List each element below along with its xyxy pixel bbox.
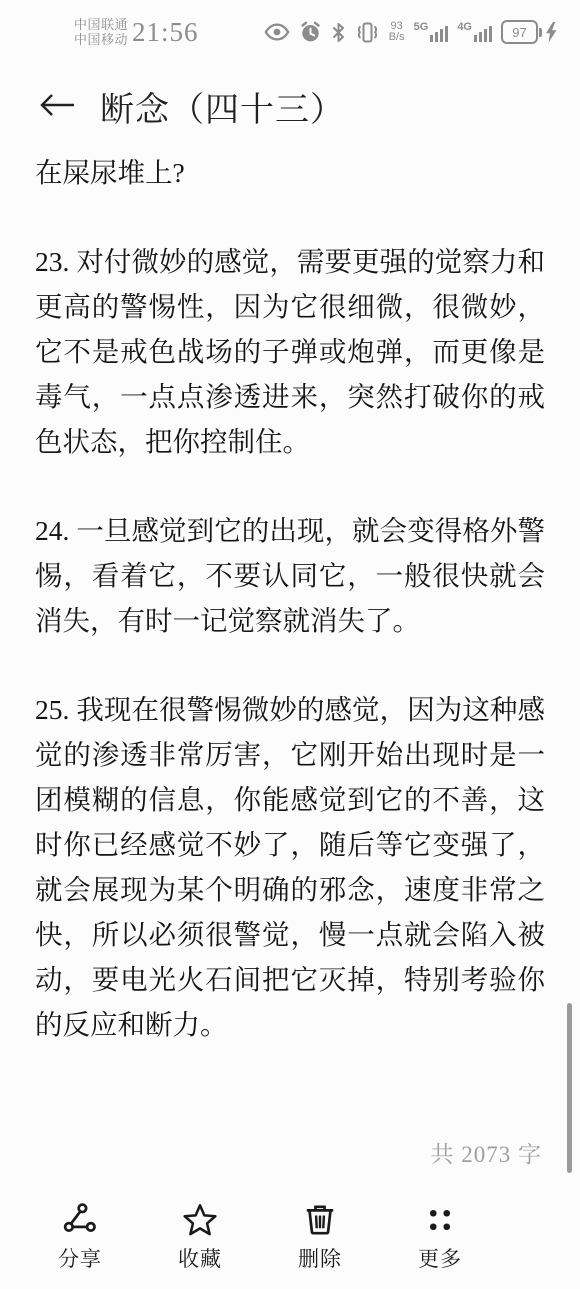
vibrate-icon (355, 22, 380, 43)
phone-screen: 中国联通 中国移动 21:56 (0, 0, 580, 1289)
delete-button[interactable]: 删除 (260, 1202, 380, 1273)
note-paragraph: 23. 对付微妙的感觉，需要更强的觉察力和更高的警惕性，因为它很细微，很微妙，它… (35, 239, 545, 464)
alarm-icon (299, 21, 322, 43)
sim2-signal: 4G (457, 22, 492, 42)
charging-bolt-icon (545, 22, 558, 43)
battery-icon: 97 (501, 20, 558, 44)
sim1-network-label: 5G (414, 22, 429, 33)
battery-percent: 97 (501, 20, 538, 44)
more-label: 更多 (418, 1243, 462, 1273)
favorite-button[interactable]: 收藏 (140, 1202, 260, 1273)
page-title: 断念（四十三） (100, 82, 345, 131)
bluetooth-icon (331, 22, 346, 43)
status-bar: 中国联通 中国移动 21:56 (0, 0, 580, 58)
status-right: 93 B/s 5G 4G 97 (264, 20, 558, 44)
network-speed: 93 B/s (389, 21, 405, 43)
share-button[interactable]: 分享 (20, 1202, 140, 1273)
carrier-names: 中国联通 中国移动 (74, 17, 128, 47)
note-paragraph: 在屎尿堆上? (35, 150, 545, 195)
trash-icon (302, 1202, 338, 1238)
bottom-toolbar: 分享 收藏 删除 (0, 1189, 580, 1289)
note-paragraph: 24. 一旦感觉到它的出现，就会变得格外警惕，看着它，不要认同它，一般很快就会消… (35, 508, 545, 643)
network-speed-unit: B/s (389, 32, 405, 43)
share-label: 分享 (58, 1243, 102, 1273)
note-body: 在屎尿堆上? 23. 对付微妙的感觉，需要更强的觉察力和更高的警惕性，因为它很细… (35, 150, 545, 1091)
carrier-2: 中国移动 (74, 32, 128, 47)
note-paragraph: 25. 我现在很警惕微妙的感觉，因为这种感觉的渗透非常厉害，它刚开始出现时是一团… (35, 687, 545, 1047)
battery-tip (539, 28, 542, 37)
word-count: 共 2073 字 (431, 1136, 543, 1169)
signal-bars-icon (474, 26, 492, 42)
more-icon (422, 1202, 458, 1238)
sim1-signal: 5G (414, 22, 449, 42)
carrier-1: 中国联通 (74, 17, 128, 32)
header: 断念（四十三） (0, 78, 580, 134)
status-time: 21:56 (132, 17, 199, 48)
delete-label: 删除 (298, 1243, 342, 1273)
sim2-network-label: 4G (457, 22, 472, 33)
favorite-label: 收藏 (178, 1243, 222, 1273)
signal-bars-icon (430, 26, 448, 42)
eye-comfort-icon (264, 23, 290, 41)
share-icon (62, 1202, 98, 1238)
back-button[interactable] (38, 92, 76, 120)
back-arrow-icon (38, 92, 76, 118)
status-left: 中国联通 中国移动 21:56 (74, 17, 199, 48)
more-button[interactable]: 更多 (380, 1202, 500, 1273)
scrollbar-thumb[interactable] (567, 1003, 572, 1173)
star-icon (182, 1202, 218, 1238)
